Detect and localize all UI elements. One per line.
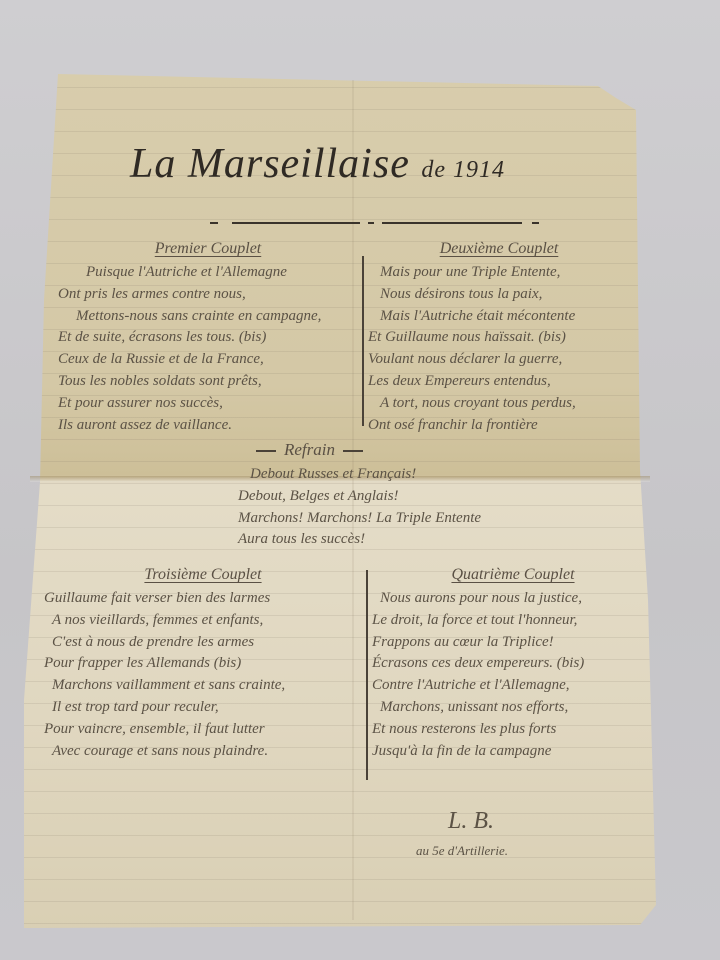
couplet-heading: Deuxième Couplet (368, 240, 630, 258)
couplet-4: Quatrième Couplet Nous aurons pour nous … (372, 566, 654, 762)
verse-line: C'est à nous de prendre les armes (44, 632, 362, 654)
verse-line: Voulant nous déclarer la guerre, (368, 349, 630, 371)
dash-decoration (256, 450, 276, 452)
couplet-3: Troisième Couplet Guillaume fait verser … (44, 566, 362, 762)
verse-line: Écrasons ces deux empereurs. (bis) (372, 653, 654, 675)
title-main: La Marseillaise (130, 141, 410, 187)
couplet-heading: Troisième Couplet (44, 566, 362, 584)
dash-decoration (343, 450, 363, 452)
verse-line: Ont osé franchir la frontière (368, 415, 630, 437)
verse-line: Mettons-nous sans crainte en campagne, (58, 306, 358, 328)
refrain-line: Marchons! Marchons! La Triple Entente (228, 508, 568, 530)
verse-line: Et pour assurer nos succès, (58, 393, 358, 415)
refrain-heading: Refrain (228, 440, 568, 460)
verse-line: Ceux de la Russie et de la France, (58, 349, 358, 371)
verse-line: Ils auront assez de vaillance. (58, 415, 358, 437)
couplet-2: Deuxième Couplet Mais pour une Triple En… (368, 240, 630, 436)
verse-line: Mais pour une Triple Entente, (368, 262, 630, 284)
refrain-line: Aura tous les succès! (228, 529, 568, 551)
verse-line: Mais l'Autriche était mécontente (368, 306, 630, 328)
verse-line: Marchons, unissant nos efforts, (372, 697, 654, 719)
title-rule-dot (532, 222, 539, 224)
verse-line: Les deux Empereurs entendus, (368, 371, 630, 393)
verse-line: Guillaume fait verser bien des larmes (44, 588, 362, 610)
refrain: Refrain Debout Russes et Français! Debou… (228, 440, 568, 551)
verse-line: A nos vieillards, femmes et enfants, (44, 610, 362, 632)
refrain-line: Debout, Belges et Anglais! (228, 486, 568, 508)
verse-line: Pour vaincre, ensemble, il faut lutter (44, 719, 362, 741)
refrain-title: Refrain (284, 440, 335, 459)
verse-line: Et Guillaume nous haïssait. (bis) (368, 327, 630, 349)
verse-line: Pour frapper les Allemands (bis) (44, 653, 362, 675)
column-divider-top (362, 256, 364, 426)
couplet-1: Premier Couplet Puisque l'Autriche et l'… (58, 240, 358, 436)
couplet-heading: Premier Couplet (58, 240, 358, 258)
verse-line: Ont pris les armes contre nous, (58, 284, 358, 306)
verse-line: Frappons au cœur la Triplice! (372, 632, 654, 654)
verse-line: Tous les nobles soldats sont prêts, (58, 371, 358, 393)
title-rule-dot (368, 222, 374, 224)
couplet-heading: Quatrième Couplet (372, 566, 654, 584)
title-rule-dot (210, 222, 218, 224)
signature-unit: au 5e d'Artillerie. (416, 843, 508, 859)
verse-line: Et nous resterons les plus forts (372, 719, 654, 741)
verse-line: Puisque l'Autriche et l'Allemagne (58, 262, 358, 284)
title-underline-right (382, 222, 522, 224)
document-title: La Marseillaise de 1914 (130, 140, 610, 188)
signature-initials: L. B. (448, 808, 494, 835)
verse-line: A tort, nous croyant tous perdus, (368, 393, 630, 415)
verse-line: Nous aurons pour nous la justice, (372, 588, 654, 610)
verse-line: Contre l'Autriche et l'Allemagne, (372, 675, 654, 697)
verse-line: Et de suite, écrasons les tous. (bis) (58, 327, 358, 349)
verse-line: Nous désirons tous la paix, (368, 284, 630, 306)
verse-line: Le droit, la force et tout l'honneur, (372, 610, 654, 632)
verse-line: Marchons vaillamment et sans crainte, (44, 675, 362, 697)
refrain-line: Debout Russes et Français! (228, 464, 568, 486)
verse-line: Jusqu'à la fin de la campagne (372, 741, 654, 763)
title-suffix: de 1914 (421, 157, 505, 183)
verse-line: Avec courage et sans nous plaindre. (44, 741, 362, 763)
title-underline-left (232, 222, 360, 224)
verse-line: Il est trop tard pour reculer, (44, 697, 362, 719)
column-divider-bottom (366, 570, 368, 780)
